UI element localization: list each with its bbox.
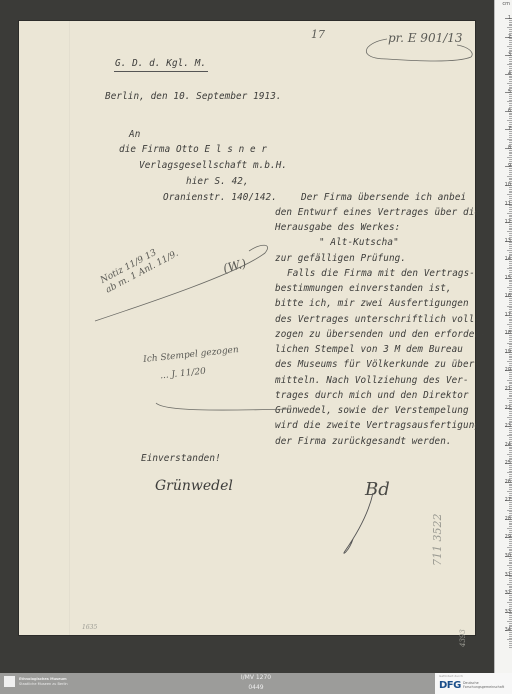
ruler-minor-tick	[507, 547, 512, 548]
ruler-minor-tick	[507, 528, 512, 529]
note-2-underline	[154, 399, 294, 419]
body-line: wird die zweite Vertragsausfertigung	[275, 420, 480, 431]
ruler-minor-tick	[507, 491, 512, 492]
body-line: Grünwedel, sowie der Verstempelung	[275, 405, 469, 416]
ruler-unit: cm	[502, 1, 510, 7]
dateline: Berlin, den 10. September 1913.	[105, 91, 282, 102]
body-line: der Firma zurückgesandt werden.	[275, 436, 452, 447]
archive-reference-loop	[357, 35, 477, 65]
body-line: Herausgabe des Werkes:	[275, 222, 400, 233]
ruler-minor-tick	[507, 454, 512, 455]
header-text: G. D. d. Kgl. M.	[115, 58, 206, 69]
body-line: bestimmungen einverstanden ist,	[275, 283, 452, 294]
ruler-minor-tick	[507, 268, 512, 269]
address-line-3: Verlagsgesellschaft m.b.H.	[139, 160, 287, 171]
ruler-minor-tick	[507, 602, 512, 603]
page-number-handwritten: 17	[311, 28, 325, 41]
signature-right-stroke	[339, 491, 379, 561]
ruler-minor-tick	[507, 324, 512, 325]
ruler-minor-tick	[507, 306, 512, 307]
ruler-minor-tick	[507, 213, 512, 214]
body-line: des Vertrages unterschriftlich voll-	[275, 314, 480, 325]
ruler-minor-tick	[507, 139, 512, 140]
ruler-minor-tick	[507, 250, 512, 251]
body-line: trages durch mich und den Direktor	[275, 390, 469, 401]
side-annotation: 711 3522	[431, 514, 444, 567]
ruler-minor-tick	[507, 435, 512, 436]
ruler-minor-tick	[507, 176, 512, 177]
document-page: 17 pr. E 901/13 G. D. d. Kgl. M. Berlin,…	[19, 21, 475, 635]
footer-bar: Ethnologisches Museum Staatliche Museen …	[0, 673, 512, 694]
funder-label: Gefördert durch	[439, 674, 463, 678]
header-underline	[114, 71, 208, 72]
approval-text: Einverstanden!	[141, 453, 221, 464]
body-line: Falls die Firma mit den Vertrags-	[287, 268, 475, 279]
corner-number-left: 1635	[82, 624, 97, 631]
handwritten-note-2: Ich Stempel gezogen ... J. 11/20	[142, 341, 241, 387]
ruler-minor-tick	[507, 510, 512, 511]
ruler-minor-tick	[507, 417, 512, 418]
ruler-minor-tick	[507, 231, 512, 232]
body-line: zur gefälligen Prüfung.	[275, 253, 406, 264]
ruler-minor-tick	[507, 472, 512, 473]
ruler-minor-tick	[507, 157, 512, 158]
ruler-minor-tick	[507, 64, 512, 65]
ruler-minor-tick	[507, 565, 512, 566]
ruler-minor-tick	[507, 287, 512, 288]
ruler-minor-tick	[507, 639, 512, 640]
ruler-minor-tick	[507, 380, 512, 381]
body-line: den Entwurf eines Vertrages über die	[275, 207, 480, 218]
ruler-minor-tick	[507, 120, 512, 121]
dfg-logo-icon: DFG	[439, 680, 461, 691]
funder-name-2: Forschungsgemeinschaft	[463, 685, 504, 689]
ruler-minor-tick	[507, 343, 512, 344]
body-line: zogen zu übersenden und den erforder-	[275, 329, 486, 340]
work-title: " Alt-Kutscha"	[319, 237, 399, 248]
body-line: mitteln. Nach Vollziehung des Ver-	[275, 375, 469, 386]
body-line: Der Firma übersende ich anbei	[301, 192, 466, 203]
body-line: lichen Stempel von 3 M dem Bureau	[275, 344, 463, 355]
funder-block: Gefördert durch DFG Deutsche Forschungsg…	[435, 673, 512, 694]
signature-left: Grünwedel	[155, 478, 233, 494]
measurement-ruler: cm 1234567891011121314151617181920212223…	[494, 0, 512, 694]
ruler-minor-tick	[507, 584, 512, 585]
address-line-2: die Firma Otto E l s n e r	[119, 144, 267, 155]
corner-number-right: 4393	[459, 629, 467, 647]
ruler-minor-tick	[507, 27, 512, 28]
address-line-1: An	[129, 129, 140, 140]
ruler-minor-tick	[507, 46, 512, 47]
ruler-minor-tick	[507, 361, 512, 362]
ruler-minor-tick	[507, 398, 512, 399]
ruler-minor-tick	[507, 194, 512, 195]
address-line-4: hier S. 42,	[186, 176, 249, 187]
address-line-5: Oranienstr. 140/142.	[163, 192, 277, 203]
body-line: bitte ich, mir zwei Ausfertigungen	[275, 298, 469, 309]
body-line: des Museums für Völkerkunde zu über-	[275, 359, 480, 370]
note-1-loop	[89, 243, 279, 343]
ruler-minor-tick	[507, 83, 512, 84]
ruler-minor-tick	[507, 621, 512, 622]
ruler-minor-tick	[507, 101, 512, 102]
